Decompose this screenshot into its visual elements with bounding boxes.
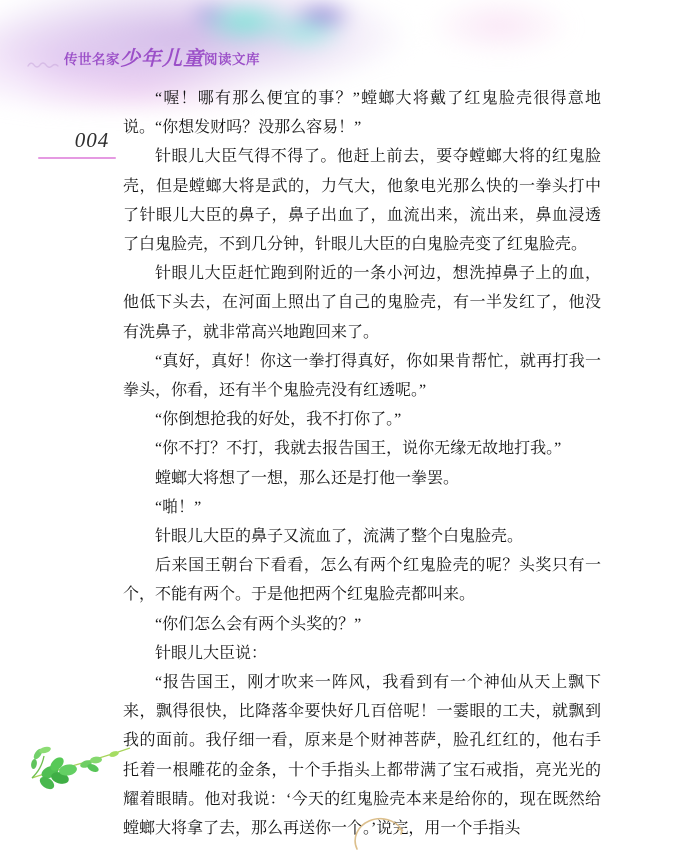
paragraph: “真好，真好！你这一拳打得真好，你如果肯帮忙，就再打我一拳头，你看，还有半个鬼脸… [123, 347, 601, 405]
squiggle-decoration-icon [26, 56, 66, 72]
paragraph: “喔！哪有那么便宜的事？”螳螂大将戴了红鬼脸壳很得意地说。“你想发财吗？没那么容… [123, 84, 601, 142]
page-number-underline [38, 157, 116, 159]
paragraph: 针眼儿大臣气得不得了。他赶上前去，要夺螳螂大将的红鬼脸壳，但是螳螂大将是武的，力… [123, 142, 601, 259]
series-title-prefix: 传世名家 [64, 52, 120, 67]
paragraph: 针眼儿大臣说： [123, 639, 601, 668]
paragraph: 针眼儿大臣的鼻子又流血了，流满了整个白鬼脸壳。 [123, 522, 601, 551]
paragraph: “你们怎么会有两个头奖的？” [123, 610, 601, 639]
paragraph: “你倒想抢我的好处，我不打你了。” [123, 405, 601, 434]
series-title-suffix: 阅读文库 [204, 52, 260, 67]
series-title: 传世名家少年儿童阅读文库 [64, 41, 260, 70]
paragraph: “你不打？不打，我就去报告国王，说你无缘无故地打我。” [123, 434, 601, 463]
story-text: “喔！哪有那么便宜的事？”螳螂大将戴了红鬼脸壳很得意地说。“你想发财吗？没那么容… [123, 84, 601, 843]
book-page: 传世名家少年儿童阅读文库 004 “喔！哪有那么便宜的事？”螳螂大将戴了红鬼脸壳… [0, 0, 677, 868]
paragraph: 螳螂大将想了一想，那么还是打他一拳罢。 [123, 464, 601, 493]
leaf-branch-icon [24, 742, 134, 808]
series-title-highlight: 少年儿童 [120, 48, 204, 70]
paragraph: 后来国王朝台下看看，怎么有两个红鬼脸壳的呢？头奖只有一个，不能有两个。于是他把两… [123, 551, 601, 609]
paragraph: 针眼儿大臣赶忙跑到附近的一条小河边，想洗掉鼻子上的血，他低下头去，在河面上照出了… [123, 259, 601, 347]
paragraph: “啪！” [123, 493, 601, 522]
page-number: 004 [38, 128, 118, 153]
paragraph: “报告国王，刚才吹来一阵风，我看到有一个神仙从天上飘下来，飘得很快，比降落伞要快… [123, 668, 601, 843]
folio: 004 [38, 128, 118, 159]
